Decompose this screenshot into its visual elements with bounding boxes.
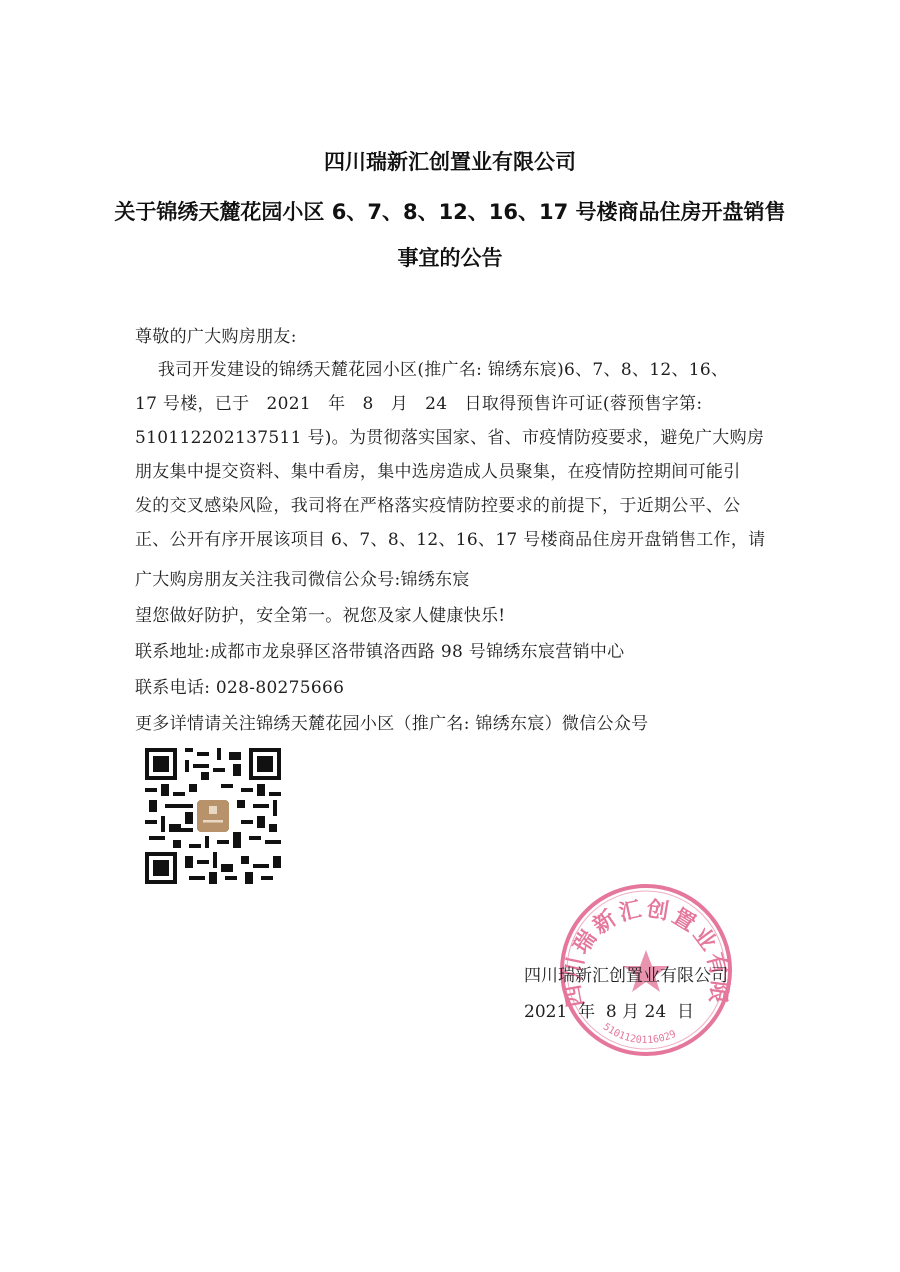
paragraph-line: 正、公开有序开展该项目 6、7、8、12、16、17 号楼商品住房开盘销售工作，… xyxy=(135,525,765,550)
signature-date: 2021 年 8 月 24 日 xyxy=(524,997,694,1022)
notice-title-line2: 事宜的公告 xyxy=(0,242,900,272)
contact-phone: 联系电话: 028-80275666 xyxy=(135,673,344,698)
notice-title-line1: 关于锦绣天麓花园小区 6、7、8、12、16、17 号楼商品住房开盘销售 xyxy=(0,196,900,226)
salutation: 尊敬的广大购房朋友: xyxy=(135,322,297,347)
more-info-text: 更多详情请关注锦绣天麓花园小区（推广名: 锦绣东宸）微信公众号 xyxy=(135,709,648,734)
wechat-qr-code-icon xyxy=(145,748,281,884)
paragraph-line: 510112202137511 号)。为贯彻落实国家、省、市疫情防疫要求，避免广… xyxy=(135,423,764,448)
contact-address: 联系地址:成都市龙泉驿区洛带镇洛西路 98 号锦绣东宸营销中心 xyxy=(135,637,624,662)
paragraph-line: 发的交叉感染风险，我司将在严格落实疫情防控要求的前提下，于近期公平、公 xyxy=(135,491,741,516)
svg-text:5101120116029: 5101120116029 xyxy=(601,1022,678,1047)
wish-text: 望您做好防护，安全第一。祝您及家人健康快乐! xyxy=(135,601,505,626)
paragraph-line: 广大购房朋友关注我司微信公众号:锦绣东宸 xyxy=(135,565,470,590)
company-heading: 四川瑞新汇创置业有限公司 xyxy=(0,146,900,176)
svg-text:四川瑞新汇创置业有限公司: 四川瑞新汇创置业有限公司 xyxy=(556,880,733,1009)
paragraph-line: 17 号楼，已于 2021 年 8 月 24 日取得预售许可证(蓉预售字第: xyxy=(135,389,702,414)
seal-number: 5101120116029 xyxy=(601,1022,678,1047)
signature-company: 四川瑞新汇创置业有限公司 xyxy=(524,961,728,986)
paragraph-line: 我司开发建设的锦绣天麓花园小区(推广名: 锦绣东宸)6、7、8、12、16、 xyxy=(135,355,728,380)
paragraph-line: 朋友集中提交资料、集中看房，集中选房造成人员聚集，在疫情防控期间可能引 xyxy=(135,457,741,482)
